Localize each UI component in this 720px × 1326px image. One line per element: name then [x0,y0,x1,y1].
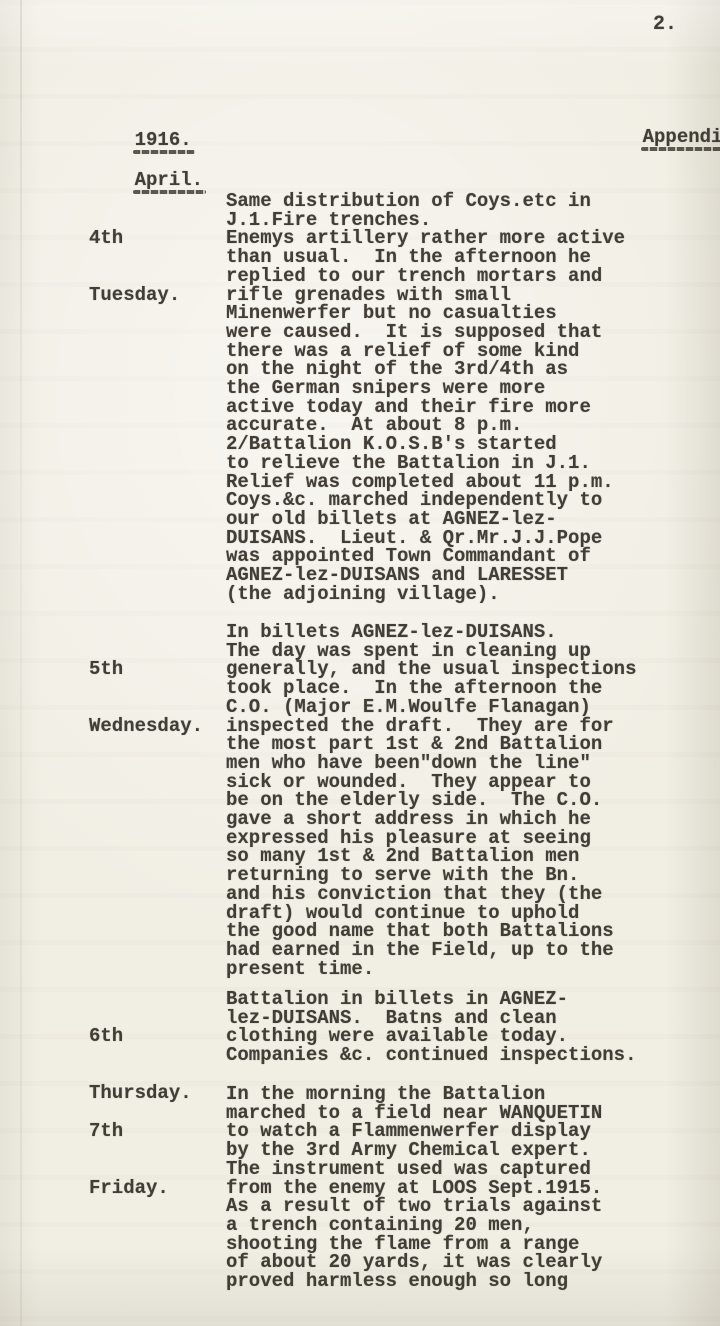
entry-text: In billets AGNEZ-lez-DUISANS. The day wa… [226,623,649,978]
entry-day: 7th [89,1122,226,1141]
entry-text: Battalion in billets in AGNEZ- lez-DUISA… [226,990,649,1065]
entry-text: In the morning the Battalion marched to … [226,1085,649,1291]
entry-weekday: Friday. [89,1179,226,1198]
appendix-label: Appendix. [597,109,720,165]
entry-day: 6th [89,1027,226,1046]
entry-text: Same distribution of Coys.etc in J.1.Fir… [226,192,649,603]
entry-day: 4th [89,229,226,248]
entry-date: 5th Wednesday. [89,623,226,773]
month-heading-text: April. [135,171,203,190]
entry-date: 7th Friday. [89,1085,226,1235]
entry-day: 5th [89,660,226,679]
diary-entry-7th: 7th Friday. In the morning the Battalion… [89,1085,649,1291]
paper-crease [20,0,22,1326]
appendix-label-text: Appendix. [643,128,720,147]
year-heading-text: 1916. [135,131,192,150]
entry-date: 4th Tuesday. [89,192,226,342]
entry-weekday: Tuesday. [89,286,226,305]
diary-page: 2. 1916. Appendix. April. 4th Tuesday. S… [0,0,720,1326]
diary-entry-5th: 5th Wednesday. In billets AGNEZ-lez-DUIS… [89,623,649,978]
entry-weekday: Wednesday. [89,717,226,736]
page-number: 2. [653,16,677,35]
diary-entry-4th: 4th Tuesday. Same distribution of Coys.e… [89,192,649,603]
